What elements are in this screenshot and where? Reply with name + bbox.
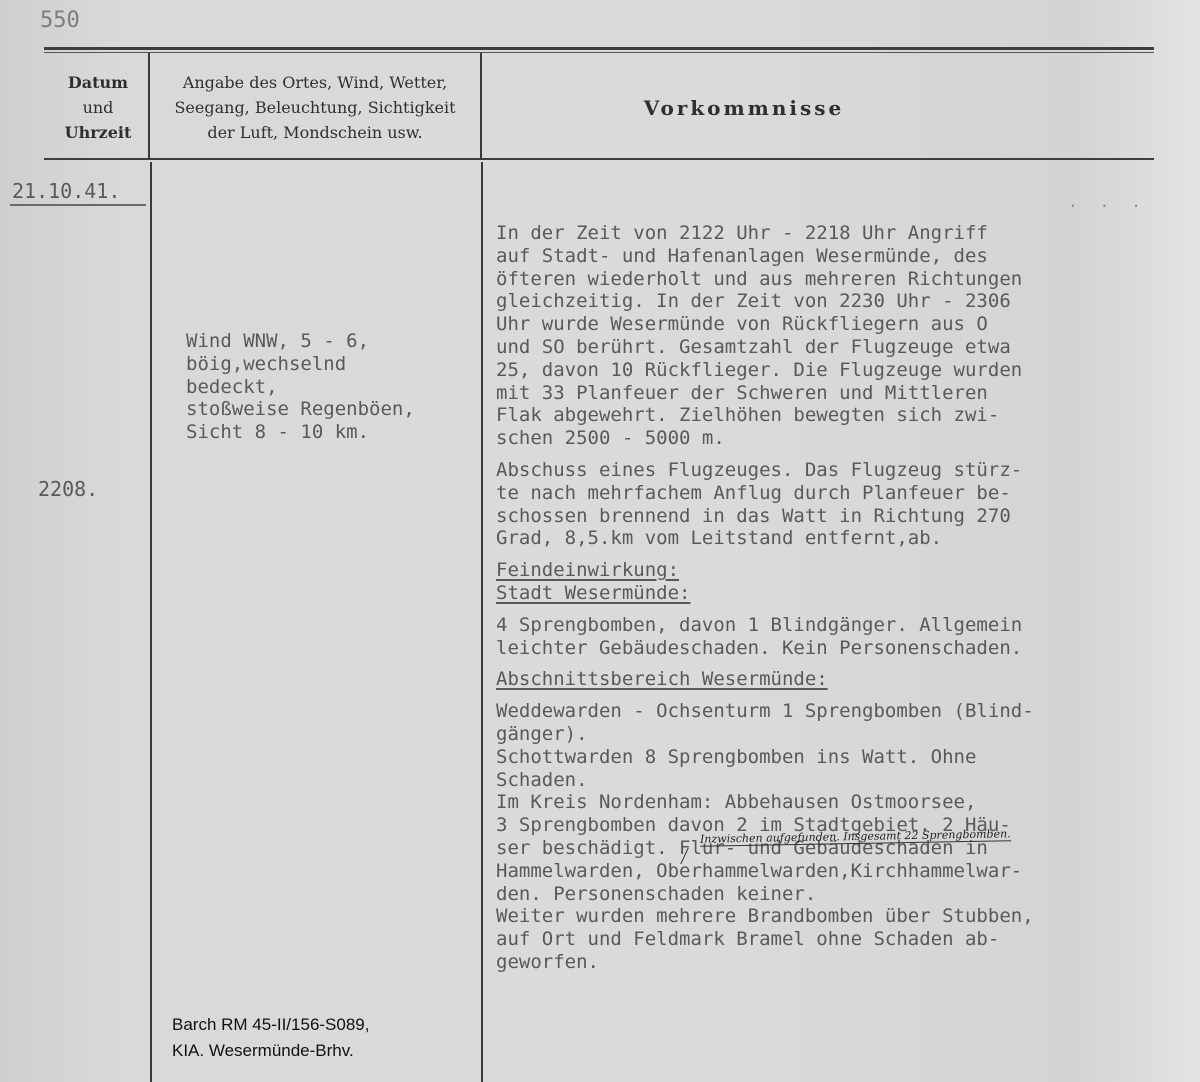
text-line: te nach mehrfachem Anflug durch Planfeue… xyxy=(496,482,1186,505)
header-date-line: Datum xyxy=(65,70,132,95)
text-line: schossen brennend in das Watt in Richtun… xyxy=(496,505,1186,528)
header-place-weather: Angabe des Ortes, Wind, Wetter, Seegang,… xyxy=(152,60,478,155)
text-line: den. Personenschaden keiner. xyxy=(496,883,1186,906)
weather-line: Sicht 8 - 10 km. xyxy=(186,421,415,444)
text-line: schen 2500 - 5000 m. xyxy=(496,427,1186,450)
page-number: 550 xyxy=(40,8,80,33)
text-line: Weddewarden - Ochsenturm 1 Sprengbomben … xyxy=(496,700,1186,723)
header-place-line: Angabe des Ortes, Wind, Wetter, xyxy=(174,70,455,95)
date-underline xyxy=(10,204,146,206)
text-line: Abschnittsbereich Wesermünde: xyxy=(496,668,1186,691)
text-line: Stadt Wesermünde: xyxy=(496,582,1186,605)
entry-time: 2208. xyxy=(38,478,98,501)
source-caption-line: Barch RM 45-II/156-S089, xyxy=(172,1012,369,1038)
text-line: Weiter wurden mehrere Brandbomben über S… xyxy=(496,905,1186,928)
text-line: Hammelwarden, Oberhammelwarden,Kirchhamm… xyxy=(496,860,1186,883)
events-text: In der Zeit von 2122 Uhr - 2218 Uhr Angr… xyxy=(496,222,1186,983)
text-line: Abschuss eines Flugzeuges. Das Flugzeug … xyxy=(496,459,1186,482)
column-divider xyxy=(148,53,150,158)
text-line: geworfen. xyxy=(496,951,1186,974)
event-paragraph: In der Zeit von 2122 Uhr - 2218 Uhr Angr… xyxy=(496,222,1186,450)
event-paragraph: Abschuss eines Flugzeuges. Das Flugzeug … xyxy=(496,459,1186,550)
text-line: In der Zeit von 2122 Uhr - 2218 Uhr Angr… xyxy=(496,222,1186,245)
section-heading: Abschnittsbereich Wesermünde: xyxy=(496,668,1186,691)
column-divider xyxy=(150,162,152,1082)
weather-line: bedeckt, xyxy=(186,376,415,399)
decorative-dots: ... xyxy=(1068,192,1163,211)
header-top-rule xyxy=(44,47,1154,50)
text-line: gänger). xyxy=(496,723,1186,746)
text-line: leichter Gebäudeschaden. Kein Personensc… xyxy=(496,637,1186,660)
source-caption: Barch RM 45-II/156-S089, KIA. Wesermünde… xyxy=(172,1012,369,1064)
text-line: mit 33 Planfeuer der Schweren und Mittle… xyxy=(496,382,1186,405)
weather-description: Wind WNW, 5 - 6,böig,wechselndbedeckt,st… xyxy=(186,330,415,444)
text-line: öfteren wiederholt und aus mehreren Rich… xyxy=(496,268,1186,291)
text-line: Im Kreis Nordenham: Abbehausen Ostmoorse… xyxy=(496,791,1186,814)
document-page: 550 Datum und Uhrzeit Angabe des Ortes, … xyxy=(0,0,1200,1082)
header-date-line: und xyxy=(65,95,132,120)
header-events: Vorkommnisse xyxy=(484,60,1004,155)
column-divider xyxy=(480,53,482,158)
header-top-rule-thin xyxy=(44,52,1154,53)
text-line: auf Stadt- und Hafenanlagen Wesermünde, … xyxy=(496,245,1186,268)
event-paragraph: 4 Sprengbomben, davon 1 Blindgänger. All… xyxy=(496,614,1186,660)
header-bottom-rule xyxy=(44,158,1154,160)
header-date-line: Uhrzeit xyxy=(65,120,132,145)
text-line: Schottwarden 8 Sprengbomben ins Watt. Oh… xyxy=(496,746,1186,769)
text-line: 25, davon 10 Rückflieger. Die Flugzeuge … xyxy=(496,359,1186,382)
text-line: Grad, 8,5.km vom Leitstand entfernt,ab. xyxy=(496,527,1186,550)
weather-line: Wind WNW, 5 - 6, xyxy=(186,330,415,353)
text-line: Flak abgewehrt. Zielhöhen bewegten sich … xyxy=(496,404,1186,427)
section-heading: Feindeinwirkung:Stadt Wesermünde: xyxy=(496,559,1186,605)
weather-line: böig,wechselnd xyxy=(186,353,415,376)
header-place-line: Seegang, Beleuchtung, Sichtigkeit xyxy=(174,95,455,120)
text-line: Schaden. xyxy=(496,769,1186,792)
text-line: und SO berührt. Gesamtzahl der Flugzeuge… xyxy=(496,336,1186,359)
source-caption-line: KIA. Wesermünde-Brhv. xyxy=(172,1038,369,1064)
header-place-line: der Luft, Mondschein usw. xyxy=(174,120,455,145)
text-line: Uhr wurde Wesermünde von Rückfliegern au… xyxy=(496,313,1186,336)
weather-line: stoßweise Regenböen, xyxy=(186,398,415,421)
header-date-time: Datum und Uhrzeit xyxy=(48,60,148,155)
text-line: gleichzeitig. In der Zeit von 2230 Uhr -… xyxy=(496,290,1186,313)
column-divider xyxy=(481,162,483,1082)
text-line: 4 Sprengbomben, davon 1 Blindgänger. All… xyxy=(496,614,1186,637)
entry-date: 21.10.41. xyxy=(12,180,120,203)
text-line: Feindeinwirkung: xyxy=(496,559,1186,582)
text-line: auf Ort und Feldmark Bramel ohne Schaden… xyxy=(496,928,1186,951)
